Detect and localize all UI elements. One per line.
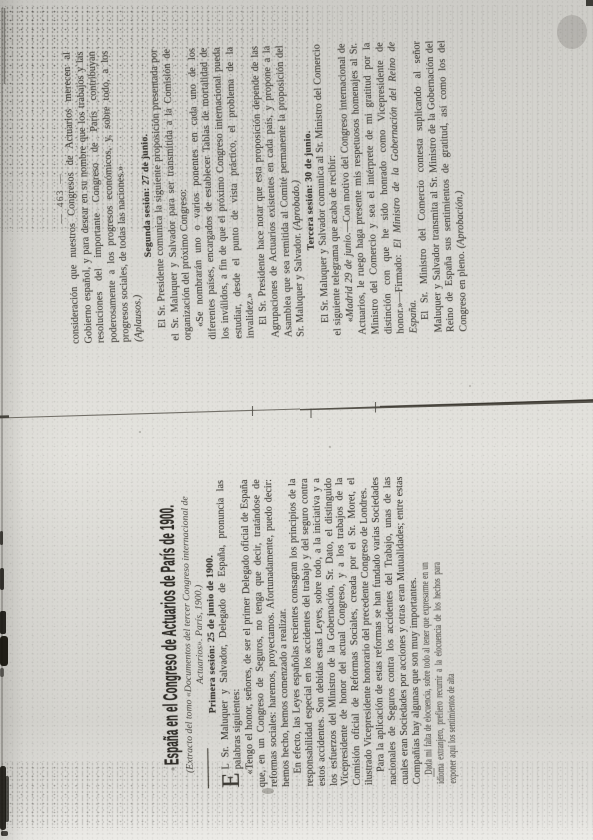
stage-note-aprobacion: (Aprobación.)	[454, 191, 467, 249]
drop-cap: E	[221, 769, 242, 788]
article-title-text: España en el Congreso de Actuarios de Pa…	[155, 489, 184, 781]
text-run: El Sr. Ministro del Comercio contesta su…	[412, 40, 470, 333]
paragraph-telegram: «Madrid 29 de junio.—Con motivo del Cong…	[336, 41, 420, 335]
paragraph-honor: «Tengo el honor, señores, de ser el prim…	[239, 479, 293, 788]
paragraph-elocuencia: Dada mi falta de elocuencia, sobre todo …	[419, 562, 459, 784]
paragraph-quoted-proposal: «Se nombrarán uno o varios ponentes en c…	[186, 46, 258, 340]
page-463-text-block: — 463 — consideración que nuestros Congr…	[51, 36, 593, 345]
opening-page-text-block: España en el Congreso de Actuarios de Pa…	[155, 473, 593, 789]
scanned-document-canvas: — 463 — consideración que nuestros Congr…	[0, 0, 593, 840]
paragraph-continuation: consideración que nuestros Congresos de …	[62, 50, 134, 344]
paragraph-president-note: El Sr. Presidente hace notar que esta pr…	[249, 45, 308, 338]
paragraph-sociedades: Para la aplicación de estas reformas se …	[370, 476, 424, 785]
stage-note-aprobado: (Aprobado.)	[291, 180, 304, 231]
paragraph-leyes: En efecto, las Leyes españolas recientes…	[287, 477, 376, 787]
paragraph-minister-reply: El Sr. Ministro del Comercio contesta su…	[412, 40, 471, 333]
book-page-left-opening: España en el Congreso de Actuarios de Pa…	[155, 473, 593, 789]
text-run: «	[345, 317, 356, 322]
book-page-right-463: — 463 — consideración que nuestros Congr…	[51, 36, 593, 345]
